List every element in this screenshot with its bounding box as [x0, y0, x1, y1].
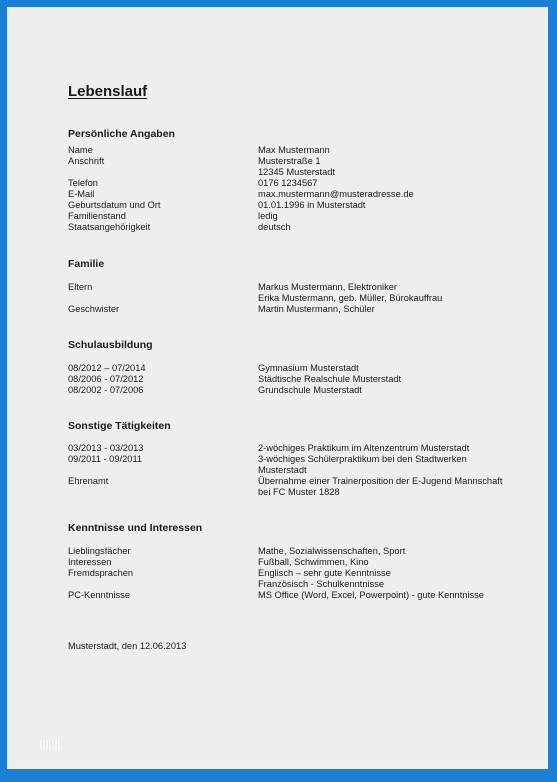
field-label: Staatsangehörigkeit [68, 222, 150, 233]
field-value: ledig [258, 211, 538, 222]
field-label: Name [68, 145, 93, 156]
field-label: PC-Kenntnisse [68, 590, 130, 601]
field-value: 3-wöchiges Schülerpraktikum bei den Stad… [258, 454, 538, 476]
field-label: Geschwister [68, 304, 119, 315]
section-heading-skills: Kenntnisse und Interessen [68, 522, 202, 534]
field-label: Ehrenamt [68, 476, 108, 487]
field-value: Fußball, Schwimmen, Kino [258, 557, 538, 568]
field-value: deutsch [258, 222, 538, 233]
section-heading-activities: Sonstige Tätigkeiten [68, 420, 171, 432]
field-label: Lieblingsfächer [68, 546, 131, 557]
field-label: Telefon [68, 178, 98, 189]
field-value: Städtische Realschule Musterstadt [258, 374, 538, 385]
field-value: 01.01.1996 in Musterstadt [258, 200, 538, 211]
field-label: E-Mail [68, 189, 94, 200]
field-value: Grundschule Musterstadt [258, 385, 538, 396]
field-value: Übernahme einer Trainerposition der E-Ju… [258, 476, 538, 498]
field-label: Interessen [68, 557, 111, 568]
field-value: 2-wöchiges Praktikum im Altenzentrum Mus… [258, 443, 538, 454]
field-label: 08/2006 - 07/2012 [68, 374, 143, 385]
field-value: Englisch – sehr gute Kenntnisse Französi… [258, 568, 538, 590]
field-label: Familienstand [68, 211, 126, 222]
resume-page: Lebenslauf Persönliche Angaben Name Max … [7, 7, 548, 769]
field-label: 09/2011 - 09/2011 [68, 454, 142, 465]
field-value: Martin Mustermann, Schüler [258, 304, 538, 315]
field-label: 03/2013 - 03/2013 [68, 443, 143, 454]
field-value: MS Office (Word, Excel, Powerpoint) - gu… [258, 590, 538, 601]
field-value: Markus Mustermann, Elektroniker Erika Mu… [258, 282, 538, 304]
document-title: Lebenslauf [68, 83, 147, 100]
field-value: Gymnasium Musterstadt [258, 363, 538, 374]
field-value: Mathe, Sozialwissenschaften, Sport [258, 546, 538, 557]
field-value: max.mustermann@musteradresse.de [258, 189, 538, 200]
field-label: 08/2002 - 07/2006 [68, 385, 143, 396]
place-date: Musterstadt, den 12.06.2013 [68, 641, 186, 651]
field-value: Musterstraße 1 12345 Musterstadt [258, 156, 538, 178]
field-label: Anschrift [68, 156, 104, 167]
field-label: Eltern [68, 282, 92, 293]
section-heading-family: Familie [68, 258, 104, 270]
watermark [40, 740, 62, 750]
field-value: 0176 1234567 [258, 178, 538, 189]
field-label: Fremdsprachen [68, 568, 133, 579]
section-heading-school: Schulausbildung [68, 339, 153, 351]
field-label: Geburtsdatum und Ort [68, 200, 161, 211]
field-label: 08/2012 – 07/2014 [68, 363, 146, 374]
section-heading-personal: Persönliche Angaben [68, 128, 175, 140]
field-value: Max Mustermann [258, 145, 538, 156]
